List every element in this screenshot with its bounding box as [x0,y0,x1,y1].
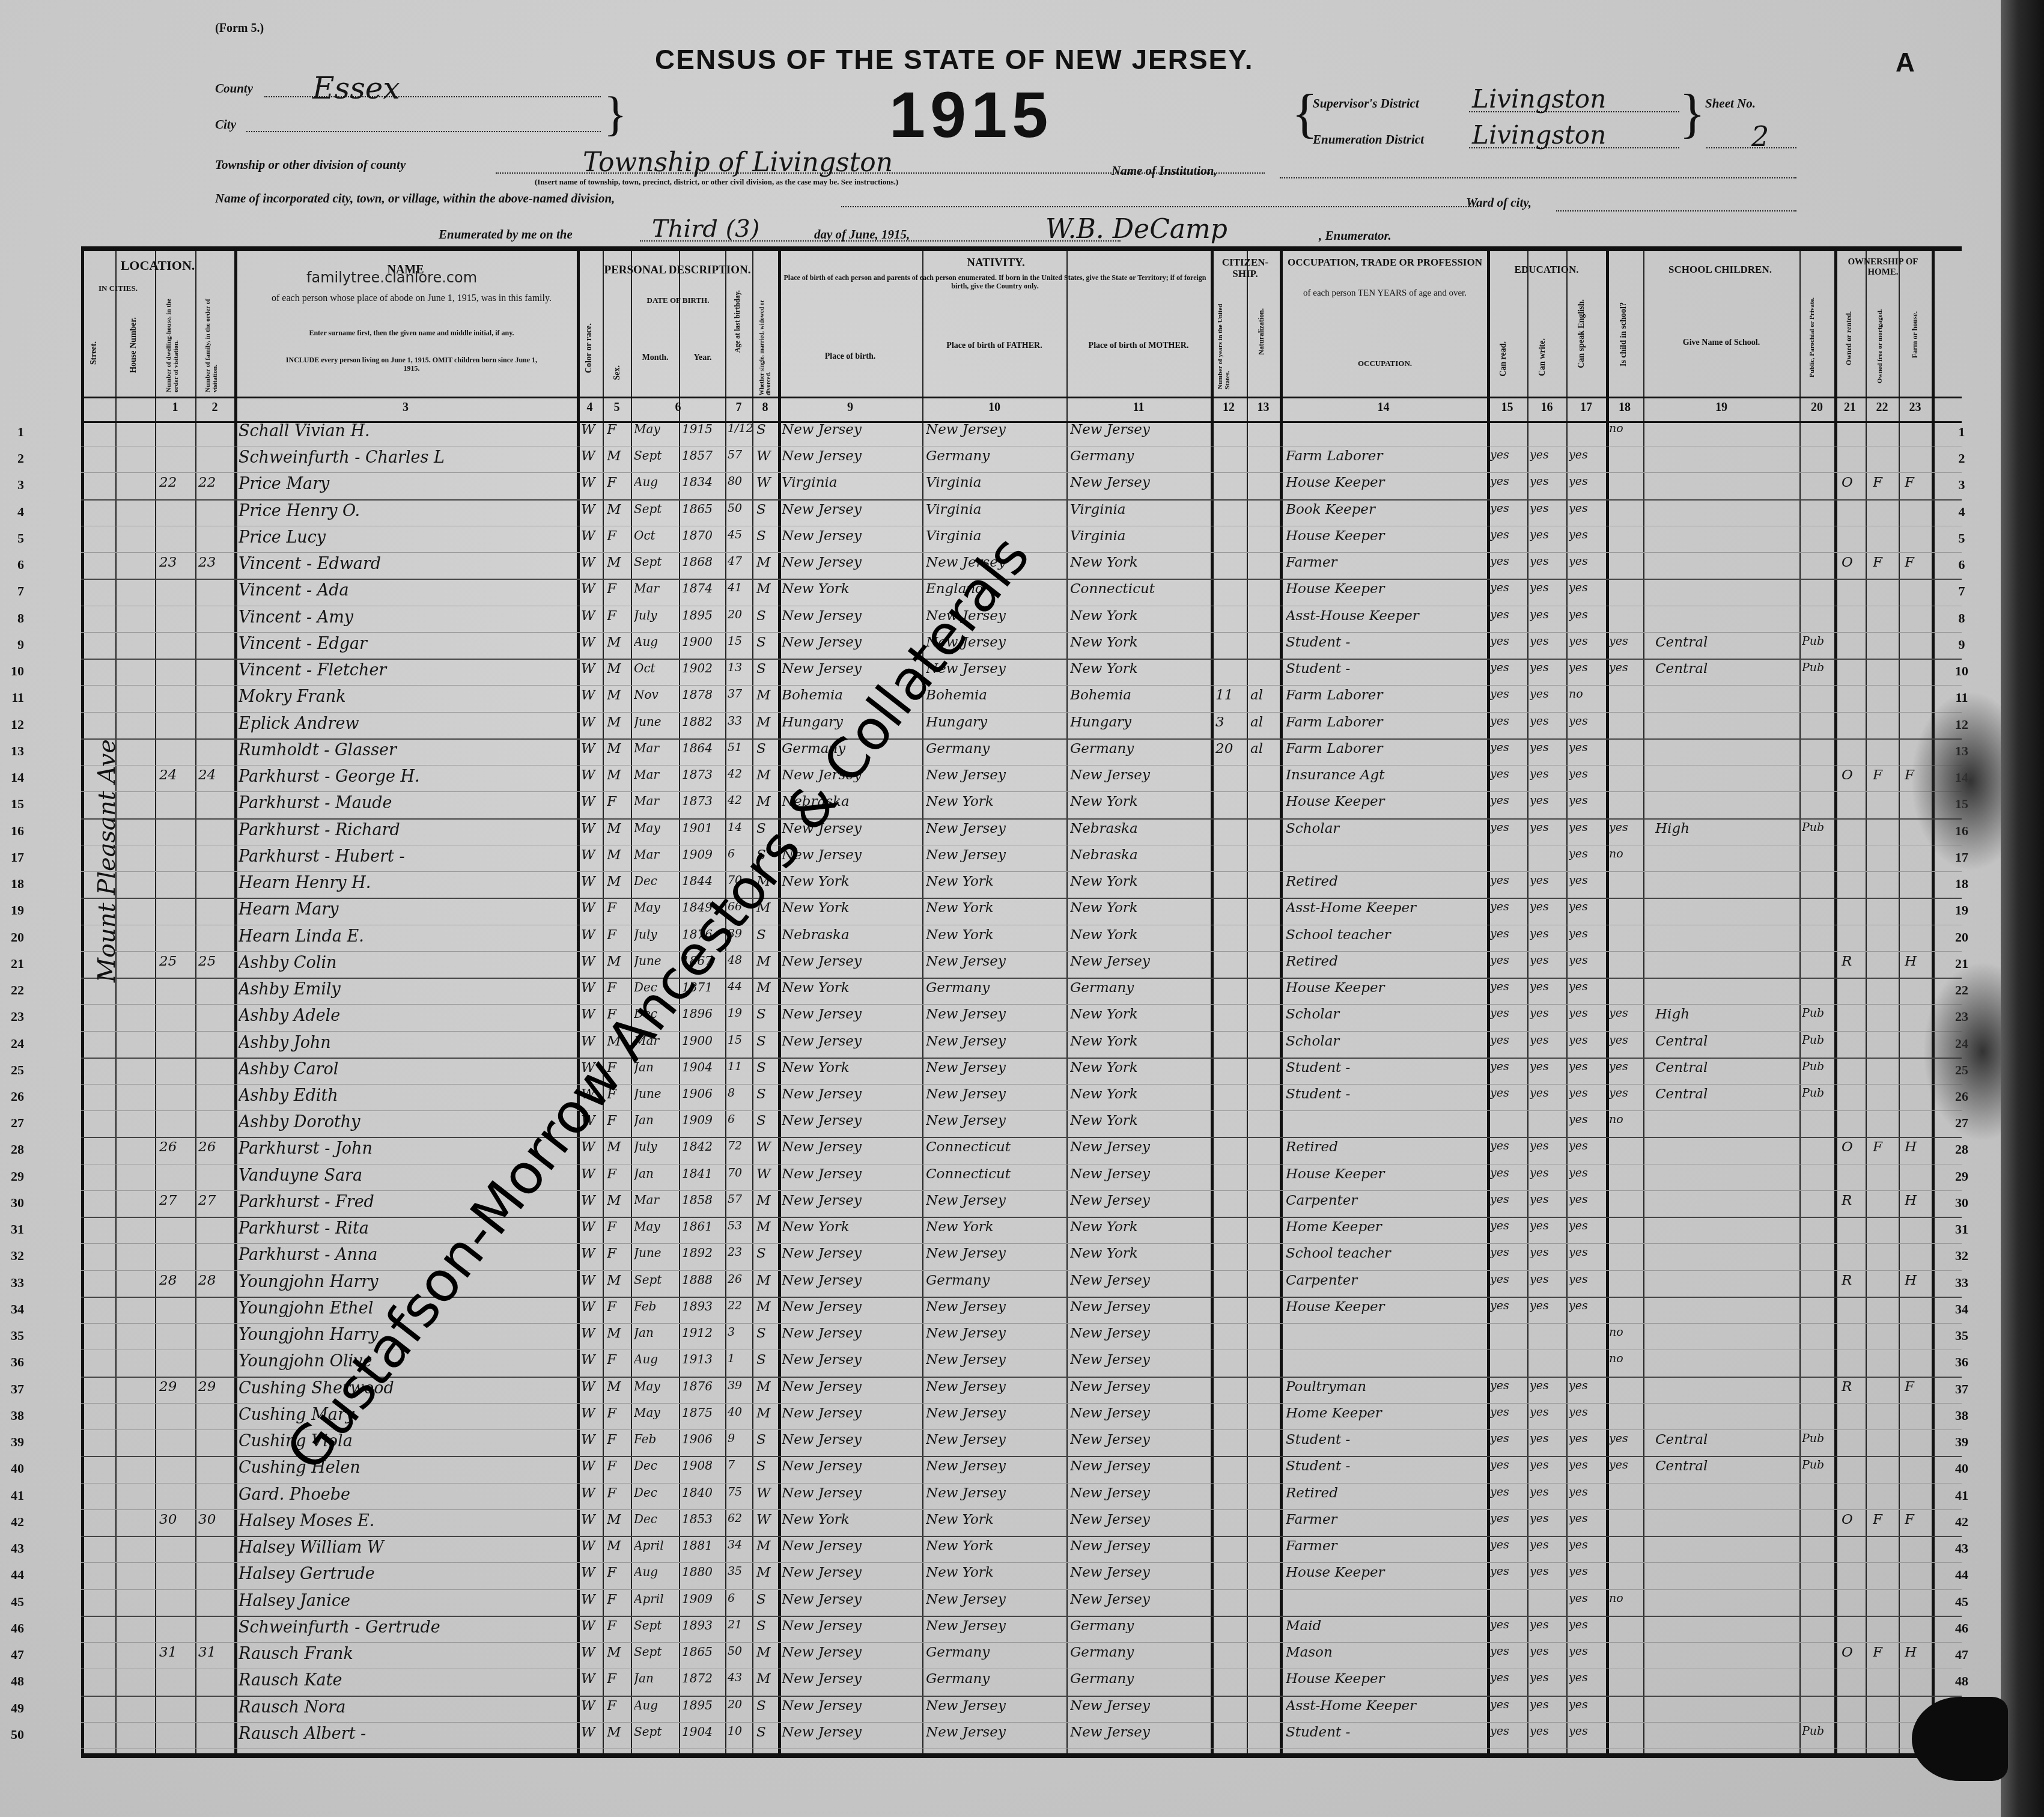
line-number-left: 17 [6,850,24,865]
age: 57 [728,1193,752,1206]
in-school: no [1609,1325,1643,1339]
place-of-birth: New Jersey [782,1086,921,1102]
in-school: yes [1609,821,1643,834]
table-row: 22 22 Price Mary W F Aug 1834 80 W Virgi… [81,472,1962,500]
line-number-left: 31 [6,1222,24,1237]
father-birthplace: New Jersey [926,1246,1065,1261]
line-number-right: 3 [1950,477,1974,493]
in-school: yes [1609,1458,1643,1472]
birth-year: 1892 [682,1246,724,1260]
line-number-right: 7 [1950,583,1974,599]
color-race: W [581,555,603,570]
birth-year: 1895 [682,1698,724,1712]
can-write: yes [1530,475,1566,488]
institution-line [1280,177,1796,178]
can-write: yes [1530,1193,1566,1206]
table-row: Parkhurst - Anna W F June 1892 23 S New … [81,1243,1962,1270]
speaks-english: yes [1569,1512,1605,1525]
family-number: 29 [198,1379,233,1395]
township-label: Township or other division of county [215,157,406,172]
age: 11 [728,1060,752,1073]
can-write: yes [1530,714,1566,728]
sex: M [607,661,631,677]
line-number-left: 24 [6,1036,24,1052]
father-birthplace: New York [926,1219,1065,1235]
can-read: yes [1490,1060,1526,1073]
speaks-english: yes [1569,1698,1605,1711]
in-school: yes [1609,1432,1643,1445]
speaks-english: yes [1569,1273,1605,1286]
can-read: yes [1490,635,1526,648]
enumerated-suffix: day of June, 1915, [814,227,910,242]
person-name: Hearn Mary [239,900,575,919]
line-number-left: 13 [6,743,24,759]
birth-year: 1842 [682,1139,724,1154]
speaks-english: yes [1569,448,1605,461]
line-number-left: 14 [6,770,24,785]
farm-house: H [1905,1645,1930,1660]
birth-year: 1882 [682,714,724,729]
speaks-english: yes [1569,1113,1605,1126]
birth-month: Jan [634,1325,679,1340]
color-race: W [581,581,603,597]
table-row: Mokry Frank W M Nov 1878 37 M Bohemia Bo… [81,685,1962,712]
occupation: Student - [1286,1060,1485,1076]
sex: M [607,1193,631,1208]
table-row: 27 27 Parkhurst - Fred W M Mar 1858 57 M… [81,1190,1962,1218]
birth-month: Aug [634,635,679,649]
birth-year: 1893 [682,1299,724,1313]
can-write: yes [1530,1379,1566,1392]
father-birthplace: Virginia [926,475,1065,490]
birth-year: 1878 [682,687,724,702]
speaks-english: yes [1569,1246,1605,1259]
mother-birthplace: New York [1070,1113,1209,1128]
city-line [246,131,601,132]
line-number-left: 39 [6,1434,24,1450]
sex: M [607,555,631,570]
age: 26 [728,1273,752,1286]
col-family: Number of family, in the order of visita… [204,284,219,392]
age: 15 [728,635,752,648]
father-birthplace: New Jersey [926,767,1065,783]
sex: M [607,874,631,889]
occupation: Farm Laborer [1286,714,1485,730]
line-number-left: 33 [6,1275,24,1291]
can-read: yes [1490,767,1526,781]
line-number-left: 12 [6,717,24,732]
table-row: 25 25 Ashby Colin W M June 1867 48 M New… [81,951,1962,979]
place-of-birth: New Jersey [782,1299,921,1315]
institution-label: Name of Institution, [1112,163,1217,178]
color-race: W [581,1246,603,1261]
can-read: yes [1490,1166,1526,1179]
table-row: Hearn Henry H. W M Dec 1844 70 M New Yor… [81,871,1962,899]
place-of-birth: New Jersey [782,1352,921,1368]
mother-birthplace: New Jersey [1070,767,1209,783]
school-type: Pub [1802,1458,1833,1472]
can-write: yes [1530,741,1566,754]
color-race: W [581,767,603,783]
sex: M [607,1325,631,1341]
line-number-right: 8 [1950,610,1974,626]
person-name: Vincent - Fletcher [239,661,575,680]
person-name: Rausch Kate [239,1671,575,1690]
place-of-birth: New Jersey [782,1246,921,1261]
line-number-right: 34 [1950,1301,1974,1317]
mother-birthplace: New Jersey [1070,1325,1209,1341]
birth-year: 1912 [682,1325,724,1340]
school-type: Pub [1802,1432,1833,1445]
colnum: 12 [1211,401,1247,415]
owned-rented: O [1842,475,1864,490]
occupation: Home Keeper [1286,1219,1485,1235]
can-write: yes [1530,900,1566,913]
colnum: 1 [155,401,195,415]
col-house-number: House Number. [129,317,139,373]
occupation: Student - [1286,1724,1485,1740]
table-row: Schall Vivian H. W F May 1915 1/12 S New… [81,419,1962,446]
birth-year: 1876 [682,1379,724,1393]
mother-birthplace: New York [1070,635,1209,650]
person-name: Parkhurst - Hubert - [239,847,575,866]
occupation: Farmer [1286,555,1485,570]
person-name: Cushing Sherwood [239,1379,575,1398]
dwelling-number: 27 [159,1193,192,1208]
colnum: 9 [778,401,922,415]
col-can-write: Can write. [1538,338,1548,376]
father-birthplace: New Jersey [926,1698,1065,1714]
can-read: yes [1490,475,1526,488]
birth-month: May [634,1219,679,1234]
can-write: yes [1530,1139,1566,1152]
line-number-left: 5 [6,531,24,546]
age: 34 [728,1538,752,1551]
line-number-left: 42 [6,1514,24,1530]
occupation: Home Keeper [1286,1405,1485,1421]
color-race: W [581,1405,603,1421]
marital-status: M [756,1299,777,1315]
person-name: Hearn Henry H. [239,874,575,892]
sex: F [607,794,631,809]
occupation: House Keeper [1286,581,1485,597]
line-number-right: 42 [1950,1514,1974,1530]
line-number-left: 22 [6,982,24,998]
farm-house: F [1905,1512,1930,1527]
can-write: yes [1530,1166,1566,1179]
table-row: 31 31 Rausch Frank W M Sept 1865 50 M Ne… [81,1642,1962,1669]
birth-month: Dec [634,1458,679,1473]
mother-birthplace: Germany [1070,448,1209,464]
person-name: Vincent - Amy [239,608,575,627]
place-of-birth: New Jersey [782,1698,921,1714]
can-write: yes [1530,1299,1566,1312]
line-number-right: 28 [1950,1142,1974,1157]
marital-status: S [756,1246,777,1261]
line-number-right: 5 [1950,531,1974,546]
school-name: Central [1655,1458,1798,1474]
marital-status: S [756,635,777,650]
father-birthplace: Germany [926,1671,1065,1687]
table-row: Schweinfurth - Charles L W M Sept 1857 5… [81,446,1962,473]
color-race: W [581,528,603,544]
col-street: Street. [90,341,99,365]
occupation: Insurance Agt [1286,767,1485,783]
col-year: Year. [680,353,725,363]
mother-birthplace: New York [1070,1060,1209,1076]
marital-status: W [756,475,777,490]
can-write: yes [1530,608,1566,621]
can-write: yes [1530,1405,1566,1419]
free-mortgaged: F [1873,767,1897,783]
birth-month: May [634,1405,679,1420]
census-year: 1915 [889,77,1053,152]
line-number-right: 1 [1950,424,1974,440]
place-of-birth: New Jersey [782,1458,921,1474]
free-mortgaged: F [1873,1139,1897,1155]
place-of-birth: New Jersey [782,1113,921,1128]
mother-birthplace: New Jersey [1070,1299,1209,1315]
occupation: Poultryman [1286,1379,1485,1395]
naturalization: al [1250,687,1279,703]
birth-month: Feb [634,1432,679,1446]
birth-month: Sept [634,448,679,463]
sex: M [607,1379,631,1395]
speaks-english: yes [1569,1724,1605,1738]
can-write: yes [1530,1006,1566,1020]
can-read: yes [1490,687,1526,701]
can-read: yes [1490,1538,1526,1551]
mother-birthplace: New Jersey [1070,1432,1209,1447]
occupation: Student - [1286,635,1485,650]
can-read: yes [1490,1219,1526,1232]
color-race: W [581,1485,603,1501]
farm-house: H [1905,1193,1930,1208]
sex: F [607,608,631,624]
col-school-name: Give Name of School. [1643,338,1799,348]
father-birthplace: Germany [926,1645,1065,1660]
col-school-type: Public, Parochial or Private. [1808,293,1816,377]
line-number-left: 40 [6,1461,24,1476]
place-of-birth: New Jersey [782,1379,921,1395]
speaks-english: yes [1569,555,1605,568]
age: 70 [728,1166,752,1179]
can-write: yes [1530,980,1566,993]
place-of-birth: New Jersey [782,528,921,544]
owned-rented: R [1842,1193,1864,1208]
occupation: Book Keeper [1286,502,1485,517]
family-number: 26 [198,1139,233,1155]
color-race: W [581,900,603,916]
col-occupation: OCCUPATION. [1283,359,1487,368]
free-mortgaged: F [1873,1512,1897,1527]
speaks-english: yes [1569,475,1605,488]
color-race: W [581,1592,603,1607]
color-race: W [581,954,603,969]
speaks-english: yes [1569,1645,1605,1658]
occupation: Retired [1286,1485,1485,1501]
sex: M [607,1273,631,1288]
line-number-right: 18 [1950,876,1974,892]
birth-month: Jan [634,1113,679,1127]
age: 45 [728,528,752,541]
speaks-english: yes [1569,1193,1605,1206]
district-brace-right: } [1679,87,1705,141]
line-number-left: 18 [6,876,24,892]
birth-year: 1895 [682,608,724,622]
school-name: High [1655,821,1798,836]
owned-rented: O [1842,1645,1864,1660]
speaks-english: yes [1569,821,1605,834]
mother-birthplace: Bohemia [1070,687,1209,703]
colnum: 5 [603,401,631,415]
mother-birthplace: New York [1070,1006,1209,1022]
age: 20 [728,1698,752,1711]
place-of-birth: New York [782,900,921,916]
owned-rented: R [1842,1379,1864,1395]
father-birthplace: New Jersey [926,1086,1065,1102]
mother-birthplace: New Jersey [1070,1565,1209,1580]
birth-month: Sept [634,555,679,569]
speaks-english: yes [1569,1405,1605,1419]
place-of-birth: New Jersey [782,502,921,517]
can-read: yes [1490,528,1526,541]
table-row: 24 24 Parkhurst - George H. W M Mar 1873… [81,765,1962,792]
birth-month: Jan [634,1671,679,1685]
line-number-right: 36 [1950,1354,1974,1370]
col-can-read: Can read. [1499,341,1509,377]
table-row: Ashby Adele W F Dec 1896 19 S New Jersey… [81,1004,1962,1031]
speaks-english: yes [1569,714,1605,728]
table-row: Halsey William W W M April 1881 34 M New… [81,1536,1962,1563]
color-race: W [581,1273,603,1288]
col-month: Month. [633,353,678,363]
free-mortgaged: F [1873,555,1897,570]
marital-status: S [756,1086,777,1102]
family-number: 31 [198,1645,233,1660]
birth-year: 1904 [682,1724,724,1739]
father-birthplace: New Jersey [926,1618,1065,1634]
age: 13 [728,661,752,674]
can-write: yes [1530,1698,1566,1711]
birth-year: 1881 [682,1538,724,1553]
color-race: W [581,1698,603,1714]
occupation: House Keeper [1286,1565,1485,1580]
mother-birthplace: New Jersey [1070,1698,1209,1714]
mother-birthplace: New Jersey [1070,1512,1209,1527]
colnum: 23 [1899,401,1932,415]
line-number-left: 28 [6,1142,24,1157]
table-row: 28 28 Youngjohn Harry W M Sept 1888 26 M… [81,1270,1962,1298]
person-name: Halsey Moses E. [239,1512,575,1530]
father-birthplace: Germany [926,980,1065,996]
group-ownership: OWNERSHIP OF HOME. [1834,257,1932,277]
line-number-left: 20 [6,930,24,945]
sex: F [607,1405,631,1421]
marital-status: S [756,1113,777,1128]
family-number: 24 [198,767,233,783]
speaks-english: no [1569,687,1605,701]
line-number-left: 46 [6,1621,24,1636]
supervisor-value: Livingston [1472,84,1606,114]
can-write: yes [1530,1432,1566,1445]
person-name: Rausch Frank [239,1645,575,1663]
person-name: Price Lucy [239,528,575,547]
can-read: yes [1490,1246,1526,1259]
sex: F [607,1698,631,1714]
free-mortgaged: F [1873,475,1897,490]
table-row: Ashby Emily W F Dec 1871 44 M New York G… [81,978,1962,1005]
color-race: W [581,1193,603,1208]
age: 33 [728,714,752,728]
birth-year: 1853 [682,1512,724,1526]
line-number-left: 50 [6,1727,24,1742]
father-birthplace: New Jersey [926,1592,1065,1607]
marital-status: W [756,1512,777,1527]
speaks-english: yes [1569,1060,1605,1073]
line-number-left: 49 [6,1700,24,1716]
can-read: yes [1490,1033,1526,1047]
marital-status: S [756,502,777,517]
speaks-english: yes [1569,1166,1605,1179]
birth-month: June [634,714,679,729]
school-type: Pub [1802,635,1833,648]
line-number-left: 19 [6,902,24,918]
place-of-birth: New Jersey [782,608,921,624]
line-number-left: 30 [6,1195,24,1211]
can-read: yes [1490,1724,1526,1738]
table-row: Ashby Carol W F Jan 1904 11 S New York N… [81,1058,1962,1085]
birth-month: Sept [634,502,679,516]
can-read: yes [1490,1193,1526,1206]
owned-rented: R [1842,954,1864,969]
can-write: yes [1530,1538,1566,1551]
sex: F [607,1299,631,1315]
marital-status: W [756,1485,777,1501]
occupation: Farmer [1286,1512,1485,1527]
name-instruction-2: INCLUDE every person living on June 1, 1… [279,356,544,373]
line-number-right: 4 [1950,504,1974,520]
can-read: yes [1490,954,1526,967]
place-of-birth: New York [782,1512,921,1527]
age: 51 [728,741,752,754]
incorporated-line [841,206,1478,207]
color-race: W [581,1458,603,1474]
col-speak-english: Can speak English. [1577,299,1587,368]
mother-birthplace: Germany [1070,1618,1209,1634]
father-birthplace: New Jersey [926,1299,1065,1315]
birth-year: 1900 [682,1033,724,1048]
place-of-birth: New Jersey [782,1671,921,1687]
dwelling-number: 22 [159,475,192,490]
speaks-english: yes [1569,1592,1605,1605]
person-name: Vincent - Edgar [239,635,575,653]
enumerated-prefix: Enumerated by me on the [439,227,573,242]
sex: F [607,1352,631,1368]
birth-month: Nov [634,687,679,702]
can-read: yes [1490,927,1526,940]
age: 21 [728,1618,752,1631]
can-read: yes [1490,1565,1526,1578]
table-row: Ashby John W M Mar 1900 15 S New Jersey … [81,1031,1962,1059]
father-birthplace: New Jersey [926,1352,1065,1368]
can-read: yes [1490,1006,1526,1020]
can-read: yes [1490,1405,1526,1419]
name-description: of each person whose place of abode on J… [255,293,568,304]
place-of-birth: New Jersey [782,1325,921,1341]
line-number-left: 35 [6,1328,24,1344]
line-number-right: 47 [1950,1647,1974,1663]
